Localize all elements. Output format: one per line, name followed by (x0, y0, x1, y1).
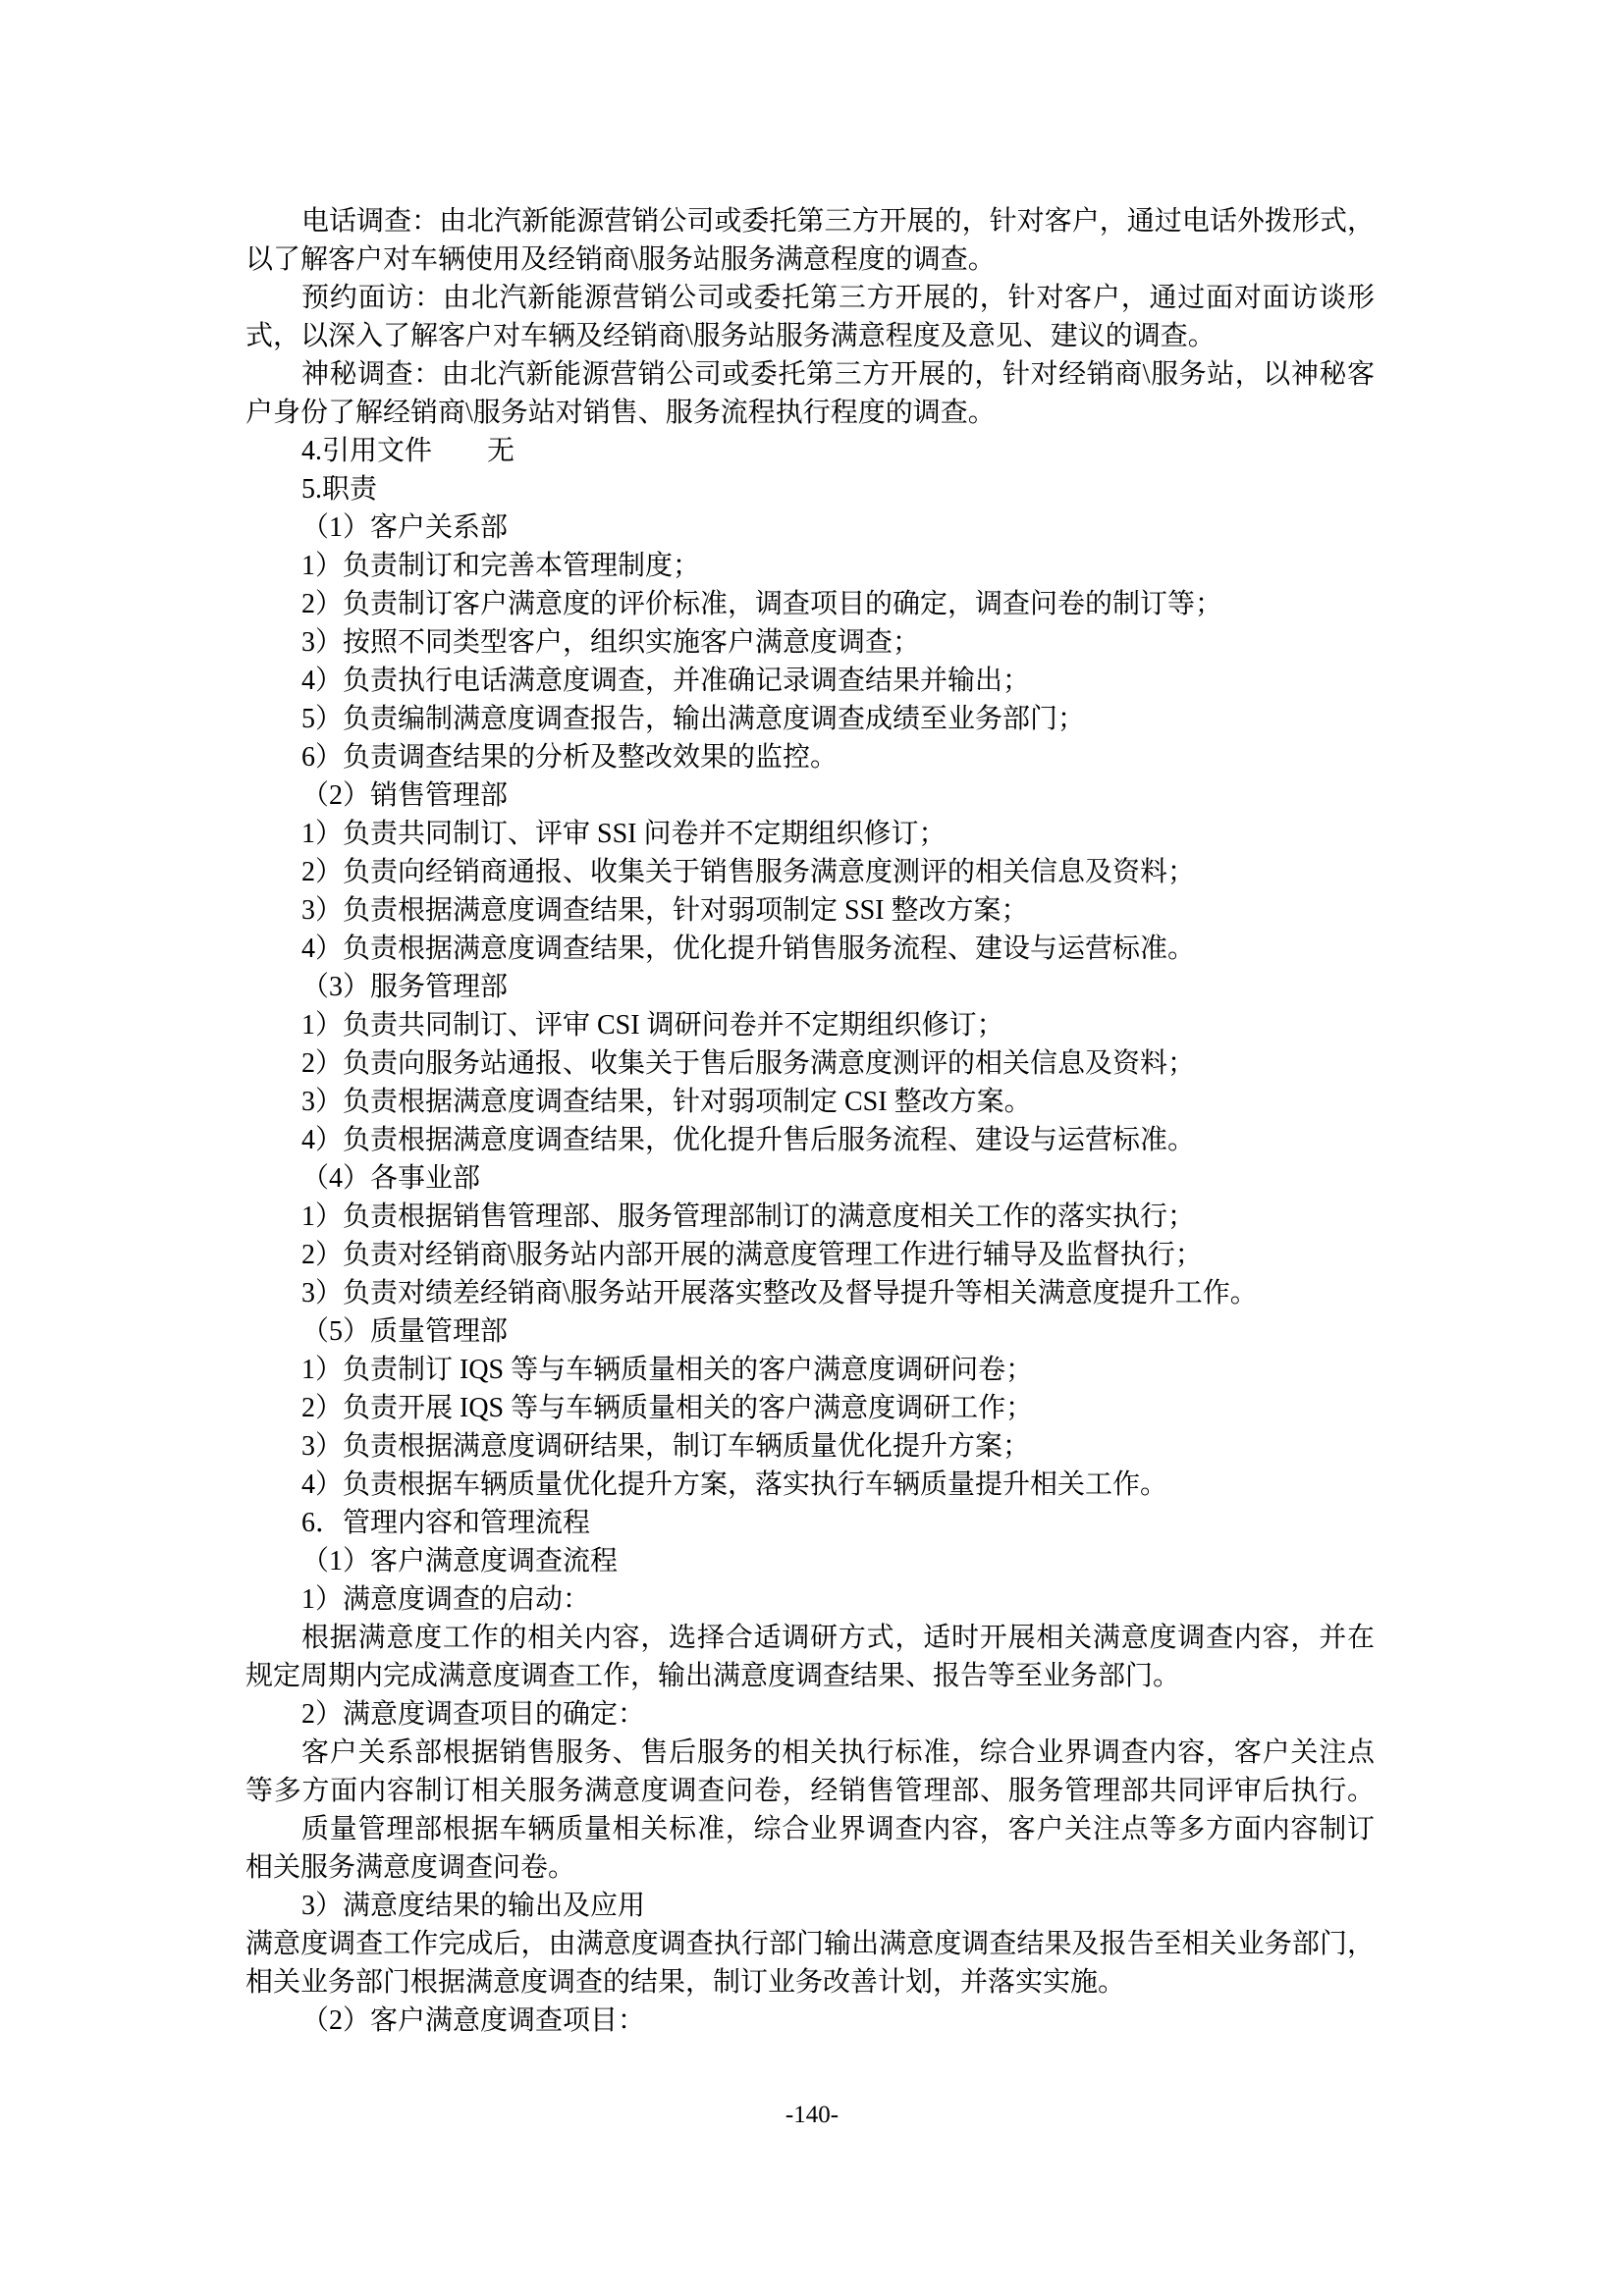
doc-line: 2）负责开展 IQS 等与车辆质量相关的客户满意度调研工作； (245, 1389, 1375, 1427)
doc-line: 4）负责执行电话满意度调查，并准确记录调查结果并输出； (245, 662, 1375, 700)
doc-line: 预约面访：由北汽新能源营销公司或委托第三方开展的，针对客户，通过面对面访谈形 (245, 279, 1375, 317)
doc-line: 4）负责根据满意度调查结果，优化提升售后服务流程、建设与运营标准。 (245, 1121, 1375, 1159)
doc-line: 2）负责向经销商通报、收集关于销售服务满意度测评的相关信息及资料； (245, 853, 1375, 891)
doc-line: 1）负责制订 IQS 等与车辆质量相关的客户满意度调研问卷； (245, 1351, 1375, 1389)
doc-line: 相关服务满意度调查问卷。 (245, 1848, 1375, 1887)
doc-line: 相关业务部门根据满意度调查的结果，制订业务改善计划，并落实实施。 (245, 1963, 1375, 2002)
doc-line: 规定周期内完成满意度调查工作，输出满意度调查结果、报告等至业务部门。 (245, 1657, 1375, 1695)
doc-line: 3）负责对绩差经销商\服务站开展落实整改及督导提升等相关满意度提升工作。 (245, 1274, 1375, 1312)
doc-line: 1）负责根据销售管理部、服务管理部制订的满意度相关工作的落实执行； (245, 1198, 1375, 1236)
doc-line: （4）各事业部 (245, 1159, 1375, 1198)
doc-line: 3）负责根据满意度调研结果，制订车辆质量优化提升方案； (245, 1427, 1375, 1466)
doc-line: 式，以深入了解客户对车辆及经销商\服务站服务满意程度及意见、建议的调查。 (245, 317, 1375, 355)
doc-line: 4）负责根据车辆质量优化提升方案，落实执行车辆质量提升相关工作。 (245, 1466, 1375, 1504)
doc-line: （1）客户满意度调查流程 (245, 1542, 1375, 1580)
doc-line: 3）满意度结果的输出及应用 (245, 1887, 1375, 1925)
doc-line: 根据满意度工作的相关内容，选择合适调研方式，适时开展相关满意度调查内容，并在 (245, 1619, 1375, 1657)
doc-line: （1）客户关系部 (245, 508, 1375, 547)
doc-line: 2）负责对经销商\服务站内部开展的满意度管理工作进行辅导及监督执行； (245, 1236, 1375, 1274)
doc-line: 2）满意度调查项目的确定： (245, 1695, 1375, 1734)
doc-line: （2）销售管理部 (245, 776, 1375, 815)
doc-line: 4）负责根据满意度调查结果，优化提升销售服务流程、建设与运营标准。 (245, 930, 1375, 968)
document-page: 电话调查：由北汽新能源营销公司或委托第三方开展的，针对客户，通过电话外拨形式，以… (0, 0, 1624, 2296)
doc-line: 3）负责根据满意度调查结果，针对弱项制定 SSI 整改方案； (245, 891, 1375, 930)
doc-line: （2）客户满意度调查项目： (245, 2002, 1375, 2040)
doc-line: 6）负责调查结果的分析及整改效果的监控。 (245, 738, 1375, 776)
doc-line: 1）负责共同制订、评审 SSI 问卷并不定期组织修订； (245, 815, 1375, 853)
doc-line: 质量管理部根据车辆质量相关标准，综合业界调查内容，客户关注点等多方面内容制订 (245, 1810, 1375, 1848)
doc-line: 5）负责编制满意度调查报告，输出满意度调查成绩至业务部门； (245, 700, 1375, 738)
doc-line: 2）负责向服务站通报、收集关于售后服务满意度测评的相关信息及资料； (245, 1044, 1375, 1083)
doc-line: 1）满意度调查的启动： (245, 1580, 1375, 1619)
doc-line: 2）负责制订客户满意度的评价标准，调查项目的确定，调查问卷的制订等； (245, 585, 1375, 623)
doc-line: 3）负责根据满意度调查结果，针对弱项制定 CSI 整改方案。 (245, 1083, 1375, 1121)
doc-line: 神秘调查：由北汽新能源营销公司或委托第三方开展的，针对经销商\服务站，以神秘客 (245, 355, 1375, 394)
doc-line: 1）负责共同制订、评审 CSI 调研问卷并不定期组织修订； (245, 1006, 1375, 1044)
doc-line: （3）服务管理部 (245, 968, 1375, 1006)
doc-line: 电话调查：由北汽新能源营销公司或委托第三方开展的，针对客户，通过电话外拨形式， (245, 202, 1375, 240)
doc-line: 满意度调查工作完成后，由满意度调查执行部门输出满意度调查结果及报告至相关业务部门… (245, 1925, 1375, 1963)
text-block: 电话调查：由北汽新能源营销公司或委托第三方开展的，针对客户，通过电话外拨形式，以… (245, 202, 1375, 2040)
doc-line: 客户关系部根据销售服务、售后服务的相关执行标准，综合业界调查内容，客户关注点 (245, 1734, 1375, 1772)
doc-line: 3）按照不同类型客户，组织实施客户满意度调查； (245, 623, 1375, 662)
doc-line: 4.引用文件 无 (245, 432, 1375, 470)
doc-line: 6．管理内容和管理流程 (245, 1504, 1375, 1542)
page-number: -140- (0, 2101, 1624, 2130)
doc-line: 1）负责制订和完善本管理制度； (245, 547, 1375, 585)
doc-line: 以了解客户对车辆使用及经销商\服务站服务满意程度的调查。 (245, 240, 1375, 279)
doc-line: 等多方面内容制订相关服务满意度调查问卷，经销售管理部、服务管理部共同评审后执行。 (245, 1772, 1375, 1810)
doc-line: 5.职责 (245, 470, 1375, 508)
doc-line: （5）质量管理部 (245, 1312, 1375, 1351)
doc-line: 户身份了解经销商\服务站对销售、服务流程执行程度的调查。 (245, 394, 1375, 432)
